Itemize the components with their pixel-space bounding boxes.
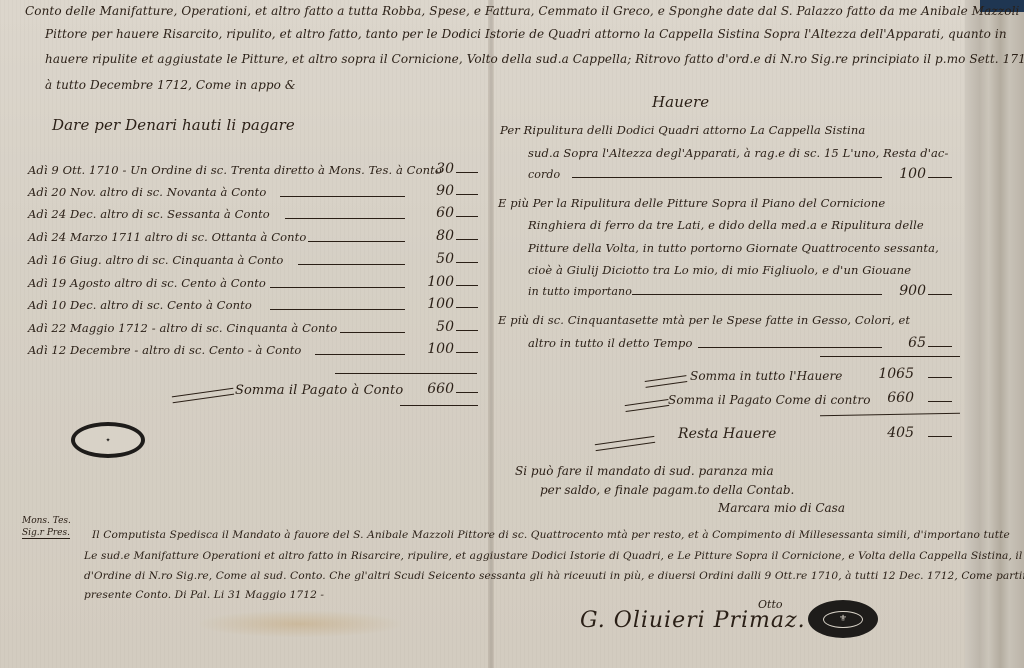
dare-amount-8: 50 [408,319,454,335]
dash [456,392,478,393]
leader-line [270,309,405,310]
hauere-amount-1: 100 [880,166,926,182]
double-flourish [625,399,670,412]
archive-stamp-right: ⚜ [808,600,878,638]
header-line-3: hauere ripulite et aggiustate le Pitture… [45,52,1024,67]
dash [456,216,478,217]
dare-entry-6: Adì 19 Agosto altro di sc. Cento à Conto [28,276,266,291]
dash [456,307,478,308]
hauere-heading: Hauere [652,95,709,110]
dare-entry-2: Adì 20 Nov. altro di sc. Novanta à Conto [28,185,266,200]
annotation-line-3: Marcara mio di Casa [718,501,845,515]
hauere-entry-1-line-3: cordo [528,167,560,182]
summary-amount-3: 405 [868,425,914,441]
dare-amount-4: 80 [408,228,454,244]
hauere-entry-2-line-4: cioè à Giulij Diciotto tra Lo mio, di mi… [528,263,911,278]
dash [928,377,952,378]
annotation-line-1: Si può fare il mandato di sud. paranza m… [515,464,774,478]
dare-entry-5: Adì 16 Giug. altro di sc. Cinquanta à Co… [28,253,283,268]
sum-rule [820,413,960,417]
leader-line [298,264,405,265]
hauere-entry-2-line-1: E più Per la Ripulitura delle Pitture So… [498,196,885,211]
dash [456,330,478,331]
leader-line [308,241,405,242]
sum-rule [820,356,960,357]
dash [928,346,952,347]
header-line-4: à tutto Decembre 1712, Come in appo & [45,78,296,93]
signature: G. Oliuieri Primaz. [580,608,806,633]
hauere-entry-3-line-1: E più di sc. Cinquantasette mtà per le S… [498,313,910,328]
hauere-entry-3-line-2: altro in tutto il detto Tempo [528,336,693,351]
hauere-entry-1-line-2: sud.a Sopra l'Altezza degl'Apparati, à r… [528,146,948,161]
manuscript-spread: Conto delle Manifatture, Operationi, et … [0,0,1024,668]
dare-total-label: Somma il Pagato à Conto [235,383,403,398]
binding-edge [965,0,1024,668]
order-line-2: Le sud.e Manifatture Operationi et altro… [84,549,1024,564]
hauere-amount-3: 65 [880,335,926,351]
dash [456,194,478,195]
dare-entry-7: Adì 10 Dec. altro di sc. Cento à Conto [28,298,252,313]
dare-entry-8: Adì 22 Maggio 1712 - altro di sc. Cinqua… [28,321,337,336]
dash [456,172,478,173]
dare-amount-2: 90 [408,183,454,199]
summary-label-2: Somma il Pagato Come di contro [668,393,871,408]
dash [928,294,952,295]
leader-line [280,196,405,197]
dash [928,436,952,437]
dare-amount-1: 30 [408,161,454,177]
dare-amount-3: 60 [408,205,454,221]
dare-amount-5: 50 [408,251,454,267]
leader-line [698,347,882,348]
hauere-entry-2-line-3: Pitture della Volta, in tutto portorno G… [528,241,939,256]
double-flourish [645,375,688,388]
dare-entry-3: Adì 24 Dec. altro di sc. Sessanta à Cont… [28,207,270,222]
coat-of-arms-icon: ⚜ [823,611,862,628]
summary-label-3: Resta Hauere [678,427,776,442]
dare-amount-7: 100 [408,296,454,312]
dash [928,401,952,402]
summary-amount-1: 1065 [868,366,914,382]
page-gutter [488,0,494,668]
dare-entry-4: Adì 24 Marzo 1711 altro di sc. Ottanta à… [28,230,306,245]
leader-line [340,332,405,333]
dare-amount-6: 100 [408,274,454,290]
archive-stamp-left: ✦ [71,422,145,458]
summary-amount-2: 660 [868,390,914,406]
leader-line [315,354,405,355]
annotation-line-2: per saldo, e finale pagam.to della Conta… [540,483,794,497]
dash [456,352,478,353]
dash [928,177,952,178]
double-flourish [595,436,655,451]
dare-total: 660 [408,381,454,397]
signature-suffix: Otto [758,598,782,611]
hauere-entry-1-line-1: Per Ripulitura delli Dodici Quadri attor… [500,123,865,138]
hauere-entry-2-line-2: Ringhiera di ferro da tre Lati, e dido d… [528,218,924,233]
order-line-3: d'Ordine di N.ro Sig.re, Come al sud. Co… [84,569,1024,584]
header-line-1: Conto delle Manifatture, Operationi, et … [25,4,1019,19]
paper-stain [195,610,405,638]
dash [456,285,478,286]
hauere-amount-2: 900 [880,283,926,299]
sum-rule [335,373,477,374]
leader-line [632,294,882,295]
stamp-emblem-icon: ✦ [105,437,110,444]
header-line-2: Pittore per hauere Risarcito, ripulito, … [45,27,1007,42]
hauere-entry-2-line-5: in tutto importano [528,284,632,299]
dash [456,262,478,263]
dare-entry-1: Adì 9 Ott. 1710 - Un Ordine di sc. Trent… [28,163,442,178]
dare-amount-9: 100 [408,341,454,357]
dash [456,239,478,240]
margin-note-2: Sig.r Pres. [22,528,70,539]
leader-line [270,287,405,288]
order-line-4: presente Conto. Di Pal. Li 31 Maggio 171… [84,588,324,603]
leader-line [285,218,405,219]
summary-label-1: Somma in tutto l'Hauere [690,369,843,384]
margin-note-1: Mons. Tes. [22,516,71,526]
order-line-1: Il Computista Spedisca il Mandato à fauo… [92,528,1010,543]
dare-heading: Dare per Denari hauti li pagare [52,118,295,133]
leader-line [572,177,882,178]
sum-underline [400,405,478,406]
dare-entry-9: Adì 12 Decembre - altro di sc. Cento - à… [28,343,301,358]
